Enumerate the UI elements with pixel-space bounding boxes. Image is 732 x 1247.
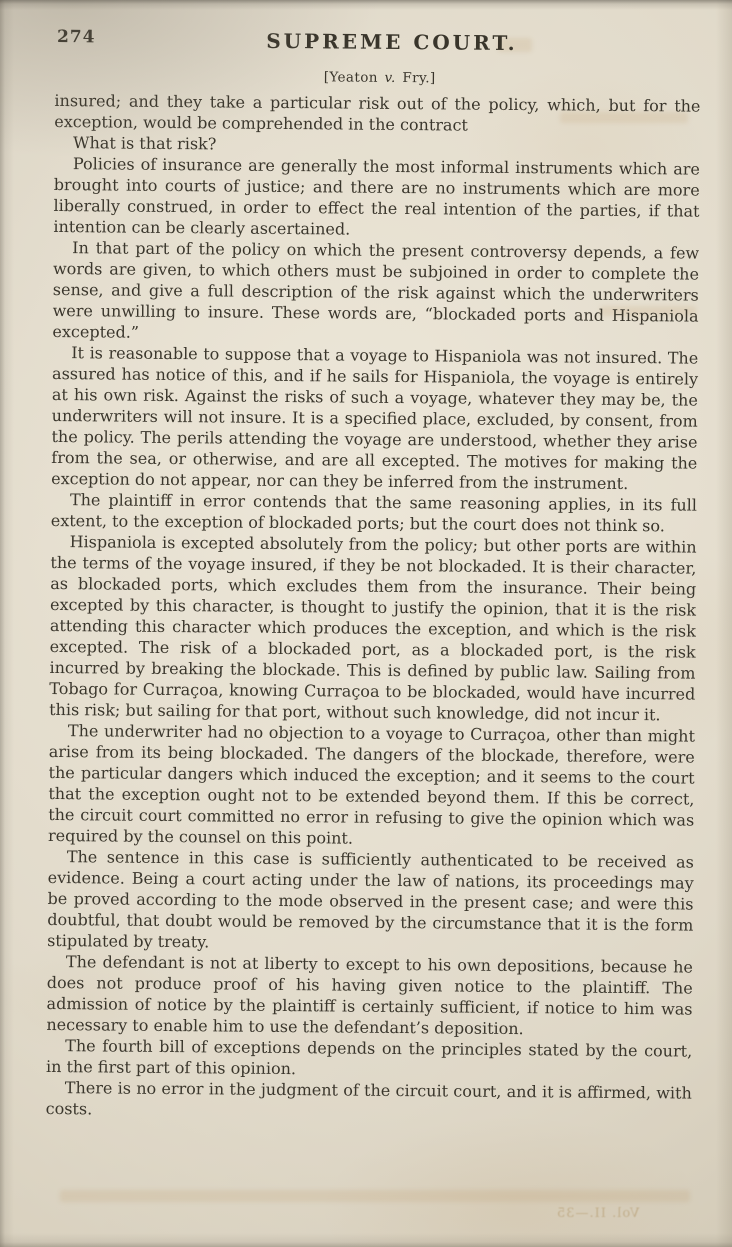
paragraph: The defendant is not at liberty to excep… bbox=[46, 951, 693, 1041]
paragraph: It is reasonable to suppose that a voyag… bbox=[51, 342, 698, 495]
paragraph: Policies of insurance are generally the … bbox=[53, 153, 700, 243]
case-caption-prefix: [Yeaton bbox=[324, 69, 383, 86]
running-head-title: SUPREME COURT. bbox=[26, 27, 732, 57]
paragraph: The plaintiff in error contends that the… bbox=[51, 489, 697, 537]
paragraph: insured; and they take a particular risk… bbox=[54, 90, 700, 138]
paragraph: The fourth bill of exceptions depends on… bbox=[46, 1035, 692, 1083]
case-caption-versus: v. bbox=[382, 70, 397, 86]
case-caption-suffix: Fry.] bbox=[398, 70, 436, 86]
scanned-book-page: Vol. II.—35 274 SUPREME COURT. [Yeaton v… bbox=[0, 0, 732, 1247]
paragraph: The underwriter had no objection to a vo… bbox=[48, 720, 695, 852]
case-caption: [Yeaton v. Fry.] bbox=[14, 67, 732, 89]
bleedthrough-smudge bbox=[60, 1190, 690, 1202]
opinion-text: insured; and they take a particular risk… bbox=[46, 90, 701, 1125]
paragraph: There is no error in the judgment of the… bbox=[46, 1077, 692, 1125]
bleedthrough-text: Vol. II.—35 bbox=[556, 1206, 639, 1221]
paragraph: Hispaniola is excepted absolutely from t… bbox=[49, 531, 697, 726]
paragraph: The sentence in this case is sufficientl… bbox=[47, 846, 694, 957]
paragraph: In that part of the policy on which the … bbox=[52, 237, 699, 348]
page-content: 274 SUPREME COURT. [Yeaton v. Fry.] insu… bbox=[0, 0, 732, 6]
